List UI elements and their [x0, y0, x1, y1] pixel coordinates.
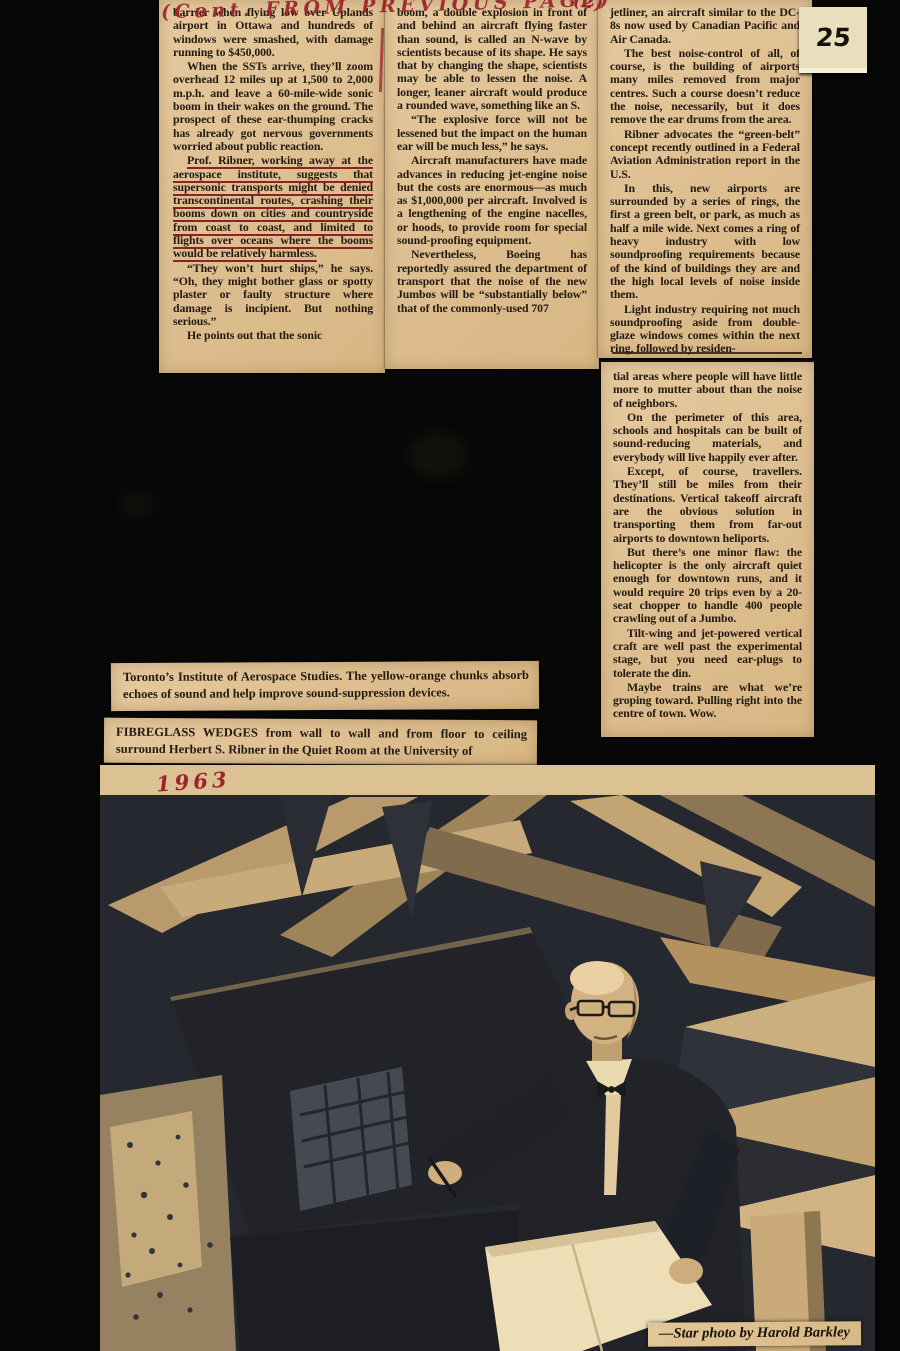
article-paragraph: When the SSTs arrive, they’ll zoom overh… [173, 60, 373, 153]
article-paragraph-underlined-red: Prof. Ribner, working away at the aerosp… [173, 154, 373, 260]
article-paragraph: The best noise-control of all, of course… [610, 47, 800, 127]
article-paragraph: He points out that the sonic [173, 329, 373, 342]
article-paragraph: Ribner advocates the “green-belt” concep… [610, 128, 800, 181]
article-paragraph: Light industry requiring not much soundp… [610, 303, 800, 356]
article-paragraph: boom, a double explosion in front of and… [397, 6, 587, 112]
article-paragraph: Tilt-wing and jet-powered vertical craft… [613, 627, 802, 680]
article-paragraph: In this, new airports are surrounded by … [610, 182, 800, 302]
article-clipping-column1: barrier when flying low over Uplands air… [159, 0, 385, 373]
photo-credit-text: —Star photo by Harold Barkley [659, 1324, 850, 1341]
caption-aerospace-studies: Toronto’s Institute of Aerospace Studies… [111, 661, 539, 711]
photo-illustration [100, 765, 875, 1351]
scrapbook-page: 25 (Cont. FROM PREVIOUS PAGE) (2) barrie… [0, 0, 900, 1351]
paper-smudge [120, 490, 154, 520]
page-number: 25 [814, 23, 852, 52]
article-paragraph: But there’s one minor flaw: the helicopt… [613, 546, 802, 626]
article-paragraph: Nevertheless, Boeing has reportedly assu… [397, 248, 587, 314]
article-paragraph: On the perimeter of this area, schools a… [613, 411, 802, 464]
article-clipping-column2: boom, a double explosion in front of and… [385, 0, 599, 369]
article-clipping-column3: jetliner, an aircraft similar to the DC-… [598, 0, 812, 358]
article-paragraph: tial areas where people will have little… [613, 370, 802, 410]
article-paragraph: Aircraft manufacturers have made advance… [397, 154, 587, 247]
print-tint [100, 793, 875, 1351]
article-paragraph: Maybe trains are what we’re groping towa… [613, 681, 802, 721]
article-paragraph: Except, of course, travellers. They’ll s… [613, 465, 802, 545]
caption-fibreglass-wedges: FIBREGLASS WEDGES from wall to wall and … [104, 718, 537, 766]
caption-text: Toronto’s Institute of Aerospace Studies… [123, 668, 529, 701]
article-paragraph: jetliner, an aircraft similar to the DC-… [610, 6, 800, 46]
paper-smudge [408, 432, 468, 478]
photo-clipping: —Star photo by Harold Barkley [100, 765, 875, 1351]
handwritten-year: 1963 [155, 766, 231, 796]
article-clipping-continued: tial areas where people will have little… [601, 360, 814, 737]
caption-text: FIBREGLASS WEDGES from wall to wall and … [116, 725, 527, 758]
page-number-tab: 25 [799, 7, 867, 73]
article-paragraph: “The explosive force will not be lessene… [397, 113, 587, 153]
photo-credit: —Star photo by Harold Barkley [648, 1321, 861, 1346]
article-paragraph: “They won’t hurt ships,” he says. “Oh, t… [173, 262, 373, 328]
ink-underline [612, 352, 802, 354]
